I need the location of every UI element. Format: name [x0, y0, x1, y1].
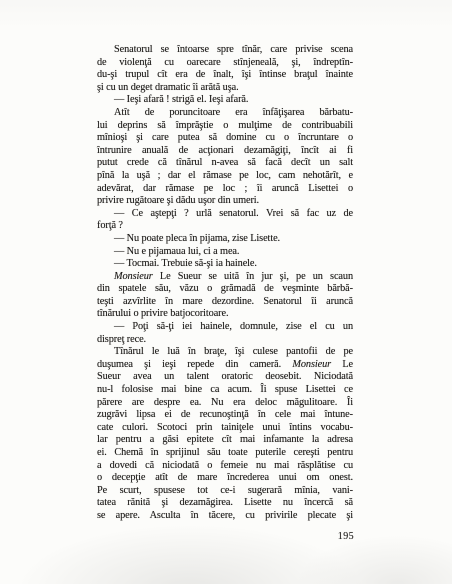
text-line: Tînărul le luă în braţe, îşi culese pant… — [97, 346, 353, 359]
text-line: cate culori. Scotoci prin tainiţele unui… — [97, 422, 353, 435]
text-line: Pe scurt, spusese tot ce-i sugerară mîni… — [97, 485, 353, 498]
text-line: — Nu poate pleca în pijama, zise Lisette… — [97, 233, 353, 246]
book-page: Senatorul se întoarse spre tînăr, care p… — [0, 0, 452, 584]
text-line: adevărat, dar rămase pe loc ; îi aruncă … — [97, 183, 353, 196]
page-number: 195 — [97, 531, 354, 542]
text-line: şi cu un deget dramatic îi arătă uşa. — [97, 82, 353, 95]
text-line: mînioşi şi care putea să domine cu o înc… — [97, 132, 353, 145]
text-line: Senatorul se întoarse spre tînăr, care p… — [97, 44, 353, 57]
text-line: — Nu e pijamaua lui, ci a mea. — [97, 246, 353, 259]
text-line: nu-l folosise mai bine ca acum. Îi spuse… — [97, 384, 353, 397]
text-line: Atît de poruncitoare era înfăţişarea băr… — [97, 107, 353, 120]
text-line: — Ce aştepţi ? urlă senatorul. Vrei să f… — [97, 208, 353, 221]
text-line: o decepţie atît de mare încrederea unui … — [97, 472, 353, 485]
text-line: Monsieur Le Sueur se uită în jur şi, pe … — [97, 271, 353, 284]
text-line: lui deprins să împrăştie o mulţime de co… — [97, 120, 353, 133]
text-line: privire rugătoare şi dădu uşor din umeri… — [97, 195, 353, 208]
text-line: — Tocmai. Trebuie să-şi ia hainele. — [97, 258, 353, 271]
text-line: teşti azvîrlite în mare dezordine. Senat… — [97, 296, 353, 309]
text-line: zugrăvi lipsa ei de recunoştinţă în cele… — [97, 409, 353, 422]
text-line: putut crede că tînărul n-avea să facă de… — [97, 157, 353, 170]
text-line: părere are despre ea. Nu era deloc măgul… — [97, 397, 353, 410]
text-line: duşumea şi ieşi repede din cameră. Monsi… — [97, 359, 353, 372]
text-line: a dovedi că niciodată o femeie nu mai ră… — [97, 460, 353, 473]
text-line: forţă ? — [97, 220, 353, 233]
text-line: lar pentru a găsi epitete cît mai infama… — [97, 434, 353, 447]
text-line: din spatele său, văzu o grămadă de veşmi… — [97, 283, 353, 296]
text-line: du-şi trupul cît era de înalt, îşi întin… — [97, 69, 353, 82]
text-line: ei. Chemă în sprijinul său toate puteril… — [97, 447, 353, 460]
text-line: pînă la uşă ; dar el rămase pe loc, cam … — [97, 170, 353, 183]
text-line: întrunire anuală de acţionari dezamăgiţi… — [97, 145, 353, 158]
text-line: — Poţi să-ţi iei hainele, domnule, zise … — [97, 321, 353, 334]
text-line: de violenţă cu oarecare stînjeneală, şi,… — [97, 57, 353, 70]
text-line: — Ieşi afară ! strigă el. Ieşi afară. — [97, 94, 353, 107]
page-text: Senatorul se întoarse spre tînăr, care p… — [97, 44, 353, 523]
text-line: Sueur avea un talent oratoric deosebit. … — [97, 371, 353, 384]
text-line: dispreţ rece. — [97, 334, 353, 347]
text-line: tînărului o privire batjocoritoare. — [97, 308, 353, 321]
text-line: tatea rănită şi dezamăgirea. Lisette nu … — [97, 497, 353, 510]
text-line: se apere. Asculta în tăcere, cu priviril… — [97, 510, 353, 523]
